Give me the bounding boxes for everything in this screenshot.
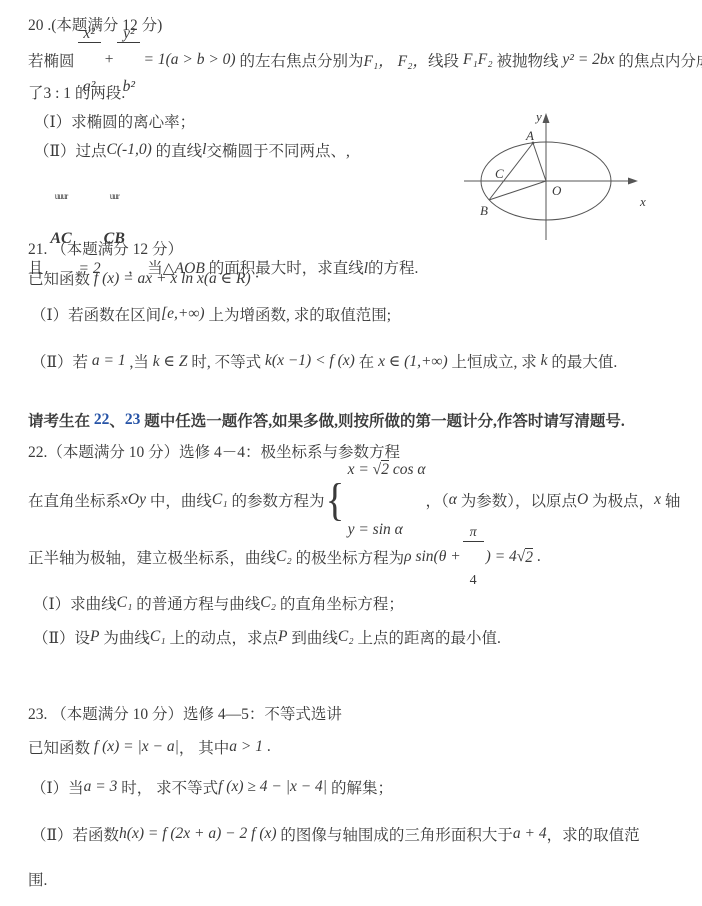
math-run: f (x) = |x − a|	[94, 738, 179, 756]
problem-number-22: 22	[94, 411, 110, 429]
text-run: 的图像与轴围成的三角形面积大于	[277, 823, 513, 845]
problem-20-part2-line2: 且 uuur AC = 2 uur CB ， 当 △AOB 的面积最大时，求直线…	[28, 162, 418, 278]
text-run: （Ⅱ）过点	[34, 139, 107, 161]
problem-22-statement-line2: 正半轴为极轴，建立极坐标系，曲线 C₂ 的极坐标方程为 ρ sin(θ + π …	[28, 537, 541, 577]
math-run: P	[90, 628, 99, 646]
fraction-numerator: y²	[117, 25, 140, 43]
problem-20-part1: （Ⅰ）求椭圆的离心率；	[34, 110, 195, 132]
text-run: 到曲线	[288, 626, 338, 648]
label-B: B	[480, 203, 488, 218]
problem-22-part1: （Ⅰ）求曲线 C₁ 的普通方程与曲线 C₂ 的直角坐标方程；	[33, 592, 404, 614]
text-run: 交椭圆于不同两点、,	[206, 139, 349, 161]
text-run: 上点的距离的最小值.	[354, 626, 501, 648]
problem-21-part2: （Ⅱ）若 a = 1 ,当 k ∈ Z 时, 不等式 k(x −1) < f (…	[31, 350, 617, 372]
problem-21-part1: （Ⅰ）若函数在区间 [e,+∞) 上为增函数, 求的取值范围;	[31, 303, 391, 325]
vector-CB: uur CB	[103, 162, 126, 278]
text-run: 的左右焦点分别为	[236, 49, 364, 71]
text-run: 的直角坐标方程；	[276, 592, 404, 614]
text-run: 上为增函数, 求的取值范围;	[205, 303, 391, 325]
exam-page: 20 .(本题满分 12 分) 若椭圆 x² a² + y² b² = 1(a …	[0, 0, 702, 906]
math-run: a + 4	[513, 825, 547, 843]
label-x: x	[639, 194, 646, 209]
math-run: C₂	[276, 548, 292, 566]
math-run: f (x) ≥ 4 − |x − 4|	[218, 778, 327, 796]
text-run: 的普通方程与曲线	[132, 592, 260, 614]
math-run: cos α	[389, 461, 426, 478]
math-run: P	[278, 628, 287, 646]
vector-arrow-artifact: uur	[103, 193, 126, 200]
math-run: O	[577, 491, 588, 509]
text-run: 在	[355, 350, 378, 372]
text-run: ，（	[426, 489, 449, 511]
problem-23-part2: （Ⅱ）若函数 h(x) = f (2x + a) − 2 f (x) 的图像与轴…	[31, 823, 640, 845]
text-run: 已知函数	[28, 267, 94, 289]
radicand: 2	[381, 460, 389, 478]
text-run: 的直线	[152, 139, 202, 161]
math-run: xOy	[121, 491, 146, 509]
math-run: C₁	[150, 628, 166, 646]
text-run: 的解集；	[327, 776, 393, 798]
math-run: ρ sin(θ +	[404, 548, 461, 566]
problem-23-statement: 已知函数 f (x) = |x − a| ， 其中 a > 1 .	[28, 736, 271, 758]
vector-AC: uuur AC	[49, 162, 72, 278]
text-run: 的极坐标方程为	[292, 546, 404, 568]
ellipse-figure: y x O A B C	[456, 108, 660, 255]
math-run: C₂	[338, 628, 354, 646]
text-run: ， 其中	[179, 736, 229, 758]
text-run: 上恒成立, 求	[448, 350, 541, 372]
text-run: 时， 求不等式	[117, 776, 218, 798]
math-run: C₂	[260, 594, 276, 612]
text-run: （Ⅰ）若函数在区间	[31, 303, 161, 325]
label-y: y	[534, 109, 542, 124]
math-run: x = √	[348, 461, 382, 478]
text-run: （Ⅱ）若	[31, 350, 92, 372]
math-run: k ∈ Z	[153, 352, 188, 371]
radicand: 2	[525, 548, 533, 567]
math-run: y² = 2bx	[562, 51, 614, 69]
segment-AO	[533, 143, 546, 181]
text-run: ·	[251, 269, 260, 287]
text-run: 的参数方程为	[228, 489, 325, 511]
math-run: +	[104, 51, 114, 69]
math-run: ) = 4√	[486, 548, 526, 566]
text-run: .	[533, 548, 541, 566]
vector-arrow-artifact: uuur	[49, 193, 72, 200]
math-run: k	[541, 352, 548, 370]
text-run: 请考生在	[28, 409, 94, 431]
problem-20-part2-line1: （Ⅱ）过点 C(-1,0) 的直线 l 交椭圆于不同两点、,	[34, 139, 350, 161]
text-run: 、	[109, 409, 125, 431]
problem-21-title: 21. （本题满分 12 分）	[28, 237, 183, 259]
problem-23-title: 23. （本题满分 10 分）选修 4—5：不等式选讲	[28, 702, 342, 724]
text-run: 上的动点，求点	[166, 626, 278, 648]
math-run: a > 1	[229, 738, 263, 756]
math-run: = 1(a > b > 0)	[143, 51, 235, 69]
text-run: 被抛物线	[493, 49, 563, 71]
math-run: α	[449, 491, 457, 509]
fraction-pi-4: π 4	[463, 494, 484, 620]
fraction-numerator: π	[463, 525, 484, 542]
problem-22-part2: （Ⅱ）设 P 为曲线 C₁ 上的动点，求点 P 到曲线 C₂ 上点的距离的最小值…	[33, 626, 501, 648]
text-run: ，求的取值范	[547, 823, 640, 845]
text-run: 时, 不等式	[188, 350, 266, 372]
label-A: A	[525, 128, 534, 143]
text-run: 正半轴为极轴，建立极坐标系，曲线	[28, 546, 276, 568]
math-run: C₁	[117, 594, 133, 612]
text-run: （Ⅰ）当	[31, 776, 84, 798]
text-run: 在直角坐标系	[28, 489, 121, 511]
y-axis-arrow	[543, 113, 550, 123]
ellipse-figure-svg: y x O A B C	[456, 108, 660, 250]
text-run: 已知函数	[28, 736, 94, 758]
math-run: C₁	[212, 491, 228, 509]
math-run: C(-1,0)	[107, 141, 152, 159]
text-run: ,当	[126, 350, 153, 372]
math-run: a = 3	[84, 778, 118, 796]
segment-BO	[489, 181, 546, 200]
text-run: 为曲线	[100, 626, 150, 648]
problem-20-statement-line1: 若椭圆 x² a² + y² b² = 1(a > b > 0) 的左右焦点分别…	[28, 38, 702, 82]
problem-number-23: 23	[125, 411, 141, 429]
math-run: [e,+∞)	[161, 305, 204, 323]
math-run: f (x) = ax + x ln x(a ∈ R)	[94, 269, 251, 288]
problem-23-part2-wrap: 围.	[28, 868, 47, 890]
equation-x: x = √2 cos α	[348, 458, 426, 482]
text-run: 为极点，	[588, 489, 654, 511]
problem-20-statement-line2: 了3 : 1 的两段.	[28, 81, 125, 103]
text-run: .	[263, 738, 271, 756]
math-run: x	[654, 491, 661, 509]
text-run: 的最大值.	[548, 350, 618, 372]
text-run: （Ⅰ）求曲线	[33, 592, 117, 614]
problem-21-statement: 已知函数 f (x) = ax + x ln x(a ∈ R) ·	[28, 267, 260, 289]
fraction-denominator: 4	[463, 573, 484, 589]
label-C: C	[495, 166, 504, 181]
text-run: （Ⅱ）设	[33, 626, 90, 648]
text-run: 若椭圆	[28, 49, 75, 71]
math-run: F₁F₂	[463, 51, 493, 69]
text-run: 中，曲线	[146, 489, 212, 511]
text-run: 的焦点内分成	[615, 49, 702, 71]
math-run: x ∈ (1,+∞)	[378, 352, 448, 371]
text-run: （Ⅱ）若函数	[31, 823, 119, 845]
math-run: h(x) = f (2x + a) − 2 f (x)	[119, 825, 276, 843]
math-run: a = 1	[92, 352, 126, 370]
math-run: k(x −1) < f (x)	[265, 352, 355, 370]
system-brace: {	[326, 480, 345, 519]
text-run: 的方程.	[368, 256, 418, 278]
problem-22-statement-line1: 在直角坐标系 xOy 中，曲线 C₁ 的参数方程为 { x = √2 cos α…	[28, 472, 680, 528]
problem-23-part1: （Ⅰ）当 a = 3 时， 求不等式 f (x) ≥ 4 − |x − 4| 的…	[31, 776, 393, 798]
fraction-numerator: x²	[78, 25, 101, 43]
text-run: 轴	[661, 489, 680, 511]
text-run: 线段	[428, 49, 463, 71]
x-axis-arrow	[628, 178, 638, 185]
math-run: F₁， F₂，	[363, 49, 428, 71]
label-O: O	[552, 183, 562, 198]
